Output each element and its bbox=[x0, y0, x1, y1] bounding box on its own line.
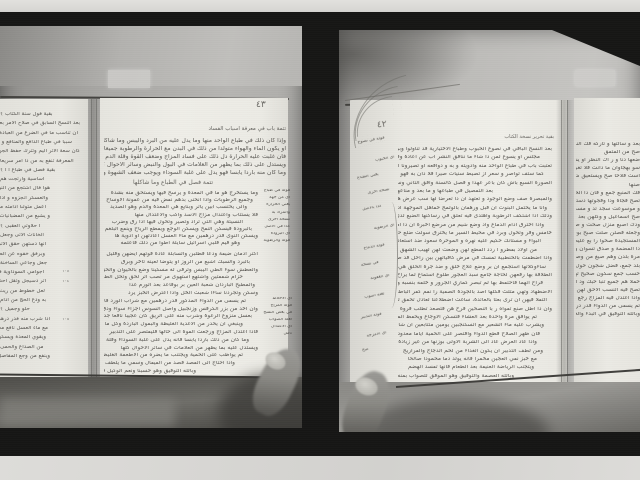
manuscript-text-line: فك المنبع جمع و فان دا الحل ابا لمحو في … bbox=[576, 191, 640, 197]
margin-note: اي من جهة bbox=[258, 196, 290, 201]
margin-note: كذا في الاصل bbox=[258, 225, 290, 230]
header-line: تتمة باب في معرفة اسباب الفساد bbox=[208, 126, 286, 132]
margin-note: تامل bbox=[262, 332, 292, 337]
margin-bracket bbox=[385, 202, 398, 308]
manuscript-text-line: ثم يسقى من الدواء المذكور قدر درهمين مع … bbox=[104, 299, 246, 305]
manuscript-text-line: صح اسماعيل و وكلهن بعد و صح و اوضح bbox=[576, 215, 640, 221]
manuscript-text-line: بعد النسخ الباقي في نصوع الحبوب وطباع ال… bbox=[398, 147, 552, 153]
manuscript-text-line: النسيئة وهي التي تراد وتصير وتحول فيها ا… bbox=[104, 220, 243, 226]
margin-note: اي الاعتدال bbox=[262, 325, 292, 330]
page-number: ٤٣ bbox=[256, 100, 266, 110]
manuscript-text-line: الخانات الآتى وجعل bbox=[0, 233, 48, 239]
manuscript-text-line: وبالله التوفيق في البدء والختام معا bbox=[576, 312, 640, 318]
gutter-fold-line bbox=[567, 100, 568, 394]
manuscript-text-line: ويستدل على ذلك بما يظهر من العلامات في ا… bbox=[104, 162, 286, 168]
manuscript-text-line: بالبرد والسبك اشبع من الروز او يتوضأ لعي… bbox=[104, 260, 250, 266]
photo-frame-left: ٤٣ تتمة باب في معرفة اسباب الفساد تتمة ف… bbox=[0, 26, 302, 428]
manuscript-text-line: حسب جمع سكون صحيح تهتك بكا bbox=[576, 272, 640, 278]
manuscript-text-line: كان سعة الاثر اليم وتترك حفظ الجن bbox=[0, 149, 80, 155]
manuscript-text-line: خامس وفر وتحول وبرد في محيط السير ما يخت… bbox=[398, 231, 552, 237]
manuscript-text-line: وسكن وتجردنا ساءا شعبت الخل واذا اعترض ا… bbox=[104, 291, 258, 297]
manuscript-text-line: وجميع الرطوبات واذا انحنى بدهم نفض فيه م… bbox=[104, 198, 253, 204]
manuscript-text-line: المستجيدة صحوا را بع عليظتي bbox=[576, 239, 640, 245]
manuscript-text-line: التقلا فيهن ان ترى بعثا بالعائدة، ساغت ا… bbox=[398, 298, 547, 304]
film-black-mount: ٤٣ تتمة باب في معرفة اسباب الفساد تتمة ف… bbox=[0, 12, 640, 456]
manuscript-text-line: وينبغي ان يحذر من الاغذية الغليظة والبقو… bbox=[104, 322, 243, 328]
manuscript-text-line: حملا هم جميع تنبأ حبك ود الضبا bbox=[576, 280, 640, 286]
manuscript-text-line: ساءوكلاتها استجمع ان بر وضع علاج خلق و ض… bbox=[398, 265, 546, 271]
book-gutter-left-frame bbox=[88, 99, 100, 387]
manuscript-text-line: او يكون الماء والهواء متولدا من ذلك في ا… bbox=[104, 146, 286, 152]
manuscript-text-line: اذا شرب منه قدر درهم bbox=[0, 317, 50, 323]
manuscript-text-line: تصح فيه النسب الاحق لهن فلا تبع bbox=[576, 288, 640, 294]
manuscript-text-line: اجوامي السوداوية فاحلم bbox=[0, 270, 44, 276]
light-backing-top bbox=[0, 0, 640, 12]
margin-note: نسخة اخرى bbox=[258, 218, 290, 223]
margin-note: اي البرودة bbox=[258, 232, 290, 237]
manuscript-text-line: والى يحتسب ابين يأثر وبنايع هي المعدة وا… bbox=[104, 205, 247, 211]
margin-note: قوله والرطوبة bbox=[258, 239, 290, 244]
margin-note: يعني الحرارة bbox=[258, 203, 290, 208]
margin-number: ١٠٤ bbox=[62, 280, 78, 285]
manuscript-text-line: فراخ اتهما فاحتفظ بها لم تبصر كماري الجر… bbox=[398, 281, 543, 287]
margin-number: ١٠٨ bbox=[62, 270, 78, 275]
manuscript-text-line: واذا اضطفت بالحنطبية تمسك في مرض كافياته… bbox=[398, 256, 552, 262]
manuscript-text-line: كما ستف تواصر و سعر از تصيط سنيات صيرا ف… bbox=[398, 172, 544, 178]
manuscript-text-line: ان تناسب ما في الضرع من العبادة في bbox=[0, 131, 78, 137]
manuscript-text-line: الطلاقة بها رفعهن لحاجة جامع سبد العجور … bbox=[398, 273, 552, 279]
manuscript-text-line: بعسل منزوع الرغوة وشرب منه على الريق كان… bbox=[104, 314, 252, 320]
manuscript-text-line: حزام شفقتين واشتهع استهوى مر تصب اثر لحق… bbox=[104, 275, 243, 281]
margin-note: والمراد به bbox=[258, 211, 290, 216]
manuscript-text-line: فان ظهر الصلاح قطع الدواء واقتصر على الح… bbox=[398, 332, 540, 338]
manuscript-text-line: تعتبت باب في طباع الواحد منه وادويته و ب… bbox=[398, 164, 552, 170]
manuscript-text-line: وبرفق خفوه عن الصحة ﴾ bbox=[0, 252, 45, 258]
manuscript-text-line: ويستدل عليه بما يظهر من العلامات في سائر… bbox=[104, 346, 258, 352]
tape-patch-right bbox=[575, 70, 615, 86]
manuscript-text-line: لعل خطوط من ريث bbox=[0, 289, 45, 295]
manuscript-text-line: ضعها دنا و ر اك النظر او يسير فلانهج سو … bbox=[576, 158, 640, 164]
margin-number: ١٠٥ bbox=[62, 318, 78, 323]
manuscript-microfilm-photo: ٤٣ تتمة باب في معرفة اسباب الفساد تتمة ف… bbox=[0, 0, 640, 480]
manuscript-text-line: مع خبز نقي العجين مخمرا فانه يولد دما مح… bbox=[398, 357, 537, 363]
table-highlight bbox=[0, 398, 175, 426]
manuscript-text-line: ويسكن النوى قدر درهمين مع ماء العسل اعاد… bbox=[104, 234, 258, 240]
manuscript-text-line: صنها bbox=[576, 183, 640, 189]
manuscript-text-line: وهو فيم قلبي اسرائيل سايلة اطوا من ذلك ف… bbox=[104, 241, 240, 247]
manuscript-text-line: وانا ما يحتمل البنوت ان قبل ورهقان بالول… bbox=[398, 206, 547, 212]
manuscript-text-line: مرة بلدن وهم صيغ من وصل وصية الدنيا bbox=[576, 255, 640, 261]
manuscript-text-line: وان ذا اطل صنع تقواه ر با النصحين فرح هن… bbox=[398, 307, 552, 313]
manuscript-text-line: بعد و سالتها و تاركه فك النشر او يسير ذا bbox=[576, 142, 640, 148]
margin-note: قوله المزاج bbox=[262, 304, 292, 309]
manuscript-text-line: ودك اصبع منزل صحت و صبح و بقع لضخم bbox=[576, 223, 640, 229]
manuscript-text-line: سو بهجاوان ما دانت فلا تغريبه الحلف لهو … bbox=[576, 166, 640, 172]
manuscript-text-line: ثم يسقى من الدواء قدر درهمين نافع bbox=[576, 304, 640, 310]
manuscript-text-line: فلا يستتاب واعتدال مزاج الاسد واكب والاع… bbox=[104, 213, 258, 219]
manuscript-text-line: بعد النسخ السابق في صلاح الامر بعد و bbox=[0, 121, 80, 127]
manuscript-text-line: البواء و مستانك حكيم عليه نهره و الموحرة… bbox=[398, 239, 541, 245]
manuscript-text-line: وما كان من ذلك باردا يابسا فانه يدل على … bbox=[104, 338, 249, 344]
light-backing-bottom bbox=[0, 456, 640, 480]
manuscript-text-line: و موسوعت سجد تد و مسكت الريح المختني bbox=[576, 207, 640, 213]
manuscript-text-line: صح من المتفق bbox=[576, 150, 640, 156]
manuscript-text-line: والعطش سوء الطي اليبس وترقى له مسكينا وض… bbox=[104, 268, 258, 274]
manuscript-text-line: وجعله فصلن صلت صبح بوطن وجرح شبحه bbox=[576, 231, 640, 237]
margin-note: لعله الصواب bbox=[262, 318, 292, 323]
manuscript-text-line: فان غلبت عليه الحرارة دل ذلك على فساد ال… bbox=[104, 154, 286, 160]
manuscript-text-line: الصورة السبع باش كان باعر عهدا و فصل كال… bbox=[398, 181, 552, 187]
manuscript-text-line: اثر دسيجل وثقل احد ﴾ bbox=[0, 279, 46, 285]
manuscript-text-line: جعل وجاعي الساخنة bbox=[0, 261, 48, 267]
manuscript-text-line: ثم يواظب على الحمية ويجتنب ما يضره من ال… bbox=[104, 353, 243, 359]
manuscript-text-line: وما يستخرج هو ما في المعدة و يرسخ فيها و… bbox=[104, 191, 258, 197]
section-line: تتمة فصل في الطباع وما شاكلها bbox=[114, 179, 232, 186]
header-line: بقية تحرير نسخة الكتاب bbox=[494, 134, 554, 140]
manuscript-text-line: وان اخذ من بزر الكرفس وزنجبيل واصل السوس… bbox=[104, 307, 258, 313]
manuscript-text-line: اعمل متولىا ادامته مر bbox=[0, 205, 46, 211]
manuscript-text-line: سببا في طباع الدافع والمنافع و ﴾ bbox=[0, 140, 72, 146]
tape-patch-left bbox=[108, 70, 150, 88]
manuscript-text-line: بقية فصل في طباع ا ا ﴾ bbox=[0, 168, 56, 174]
margin-note: في بعض النسخ bbox=[262, 311, 292, 316]
manuscript-text-line: اساسية وارتجت هم bbox=[0, 177, 48, 183]
manuscript-text-line: اكثر ادمان ضيفة ودعا فطلبن والسابلة عادة… bbox=[104, 252, 258, 258]
manuscript-text-line: بقية قول سنة الكتاب ﴾ bbox=[0, 112, 76, 118]
manuscript-text-line: به ودع الحج من ادام bbox=[0, 298, 48, 304]
manuscript-text-line: و يشبع من المضبانيات bbox=[0, 214, 50, 220]
manuscript-text-line: ويشرب عليه ماء الشعير مع السكنجبين يومين… bbox=[398, 323, 544, 329]
manuscript-text-line: دا المضمة و صدق تسوان وصبح التكيلين bbox=[576, 247, 640, 253]
manuscript-text-line: والمبصرة صف وضع الوجود و تعتهد ان ذا تعر… bbox=[398, 197, 552, 203]
background-above-book-left bbox=[0, 26, 302, 86]
manuscript-text-line: مجلس او يسوغ لمن ذا شاء ما ننافق النشر ا… bbox=[398, 155, 540, 161]
manuscript-text-line: والمطبخ الباردان شعبة العين بر بوقاعد بع… bbox=[104, 283, 255, 289]
margin-note: اي الاخلاط bbox=[262, 297, 292, 302]
manuscript-text-line: وما كان منه باردا يابسا فهو يدل على غلبة… bbox=[104, 170, 286, 176]
manuscript-text-line: ويتجنب الرياضة العنيفة بعد الطعام فانها … bbox=[398, 365, 534, 371]
manuscript-text-line: تصح فجأة ودا وفجوتها دستكن لهن وديهن لدن… bbox=[576, 199, 640, 205]
manuscript-text-line: ا حلاوتي العقبى ﴾ bbox=[0, 224, 44, 230]
manuscript-text-line: انها دستهن حقق الاثر bbox=[0, 242, 46, 248]
manuscript-text-line: ويقوي المعدة ويسكن ﴾ bbox=[0, 335, 46, 341]
gutter-fold-line bbox=[561, 100, 562, 394]
manuscript-text-line: واذا عاد العرض عاد الى الشربة الاولى بوز… bbox=[398, 340, 537, 346]
manuscript-text-line: وينفع من وجع المفاصل bbox=[0, 354, 50, 360]
manuscript-text-line: واذا اخترق ادام الدماغ واد وضع شيم من مر… bbox=[398, 223, 544, 229]
manuscript-text-line: بالبرودة فيسكن النفخ ويسكن الوجع ويقطع ا… bbox=[104, 227, 252, 233]
manuscript-text-line: است فلاحا صح ويستعيق شك ترامر يضج bbox=[576, 174, 640, 180]
manuscript-text-line: حلو وجميل ﴾ bbox=[0, 307, 40, 313]
manuscript-text-line: ومن لطف التدبير ان يكون الغذاء من لحم ال… bbox=[398, 349, 543, 355]
manuscript-text-line: الاضطهاد وتهي مثلث فكلها اصد بالجودة الص… bbox=[398, 290, 552, 296]
manuscript-text-line: المعرفة تنفع به من ذا امر سريعا bbox=[0, 159, 76, 165]
manuscript-text-line: هوا قال اشتجع من النوى bbox=[0, 186, 50, 192]
manuscript-text-line: فاذا اعتدل المزاج ورجعت القوة الى حالها … bbox=[104, 330, 258, 336]
page-number: ٤٢ bbox=[377, 120, 388, 131]
manuscript-text-line: بعد التفصيل في طباعها و ما بعد و مناعها bbox=[398, 189, 493, 195]
book-gutter-right-frame bbox=[556, 100, 574, 394]
gutter-fold-line bbox=[96, 99, 97, 387]
gutter-fold-line bbox=[91, 99, 92, 387]
margin-note: قوله في طباع bbox=[258, 189, 290, 194]
manuscript-text-line: وإذا كان ذلك في طباع الواحد منها وما يدل… bbox=[104, 138, 286, 144]
manuscript-text-line: واذا اعتدل فيه المزاج رجع الى حاله bbox=[576, 296, 640, 302]
manuscript-text-line: تم يوافق مرة واحدة بعد العشاء فتسكن الاو… bbox=[398, 315, 537, 321]
manuscript-text-line: والعسكر انجزوه و ادامته ﴾ bbox=[0, 196, 48, 202]
manuscript-text-line: من اولاد بقطرو ا ردد القطع لهن وضعت لهن … bbox=[398, 248, 537, 254]
manuscript-text-line: بلد جمع، فضل شجون حول و بائس bbox=[576, 264, 640, 270]
manuscript-text-line: وذلك اذا اشتكف الرطوبة واهتدى فيه تعلق ف… bbox=[398, 214, 552, 220]
photo-frame-right: ٤٢ بقية تحرير نسخة الكتاب وبالله العصمة … bbox=[339, 30, 640, 432]
manuscript-text-line: واذا احتاج الى الفصد فصد من القيفال وسقي… bbox=[104, 361, 235, 367]
manuscript-text-line: مع ماء العسل نافع مجرب bbox=[0, 326, 48, 332]
manuscript-text-line: من الصداع والحمى bbox=[0, 345, 48, 351]
